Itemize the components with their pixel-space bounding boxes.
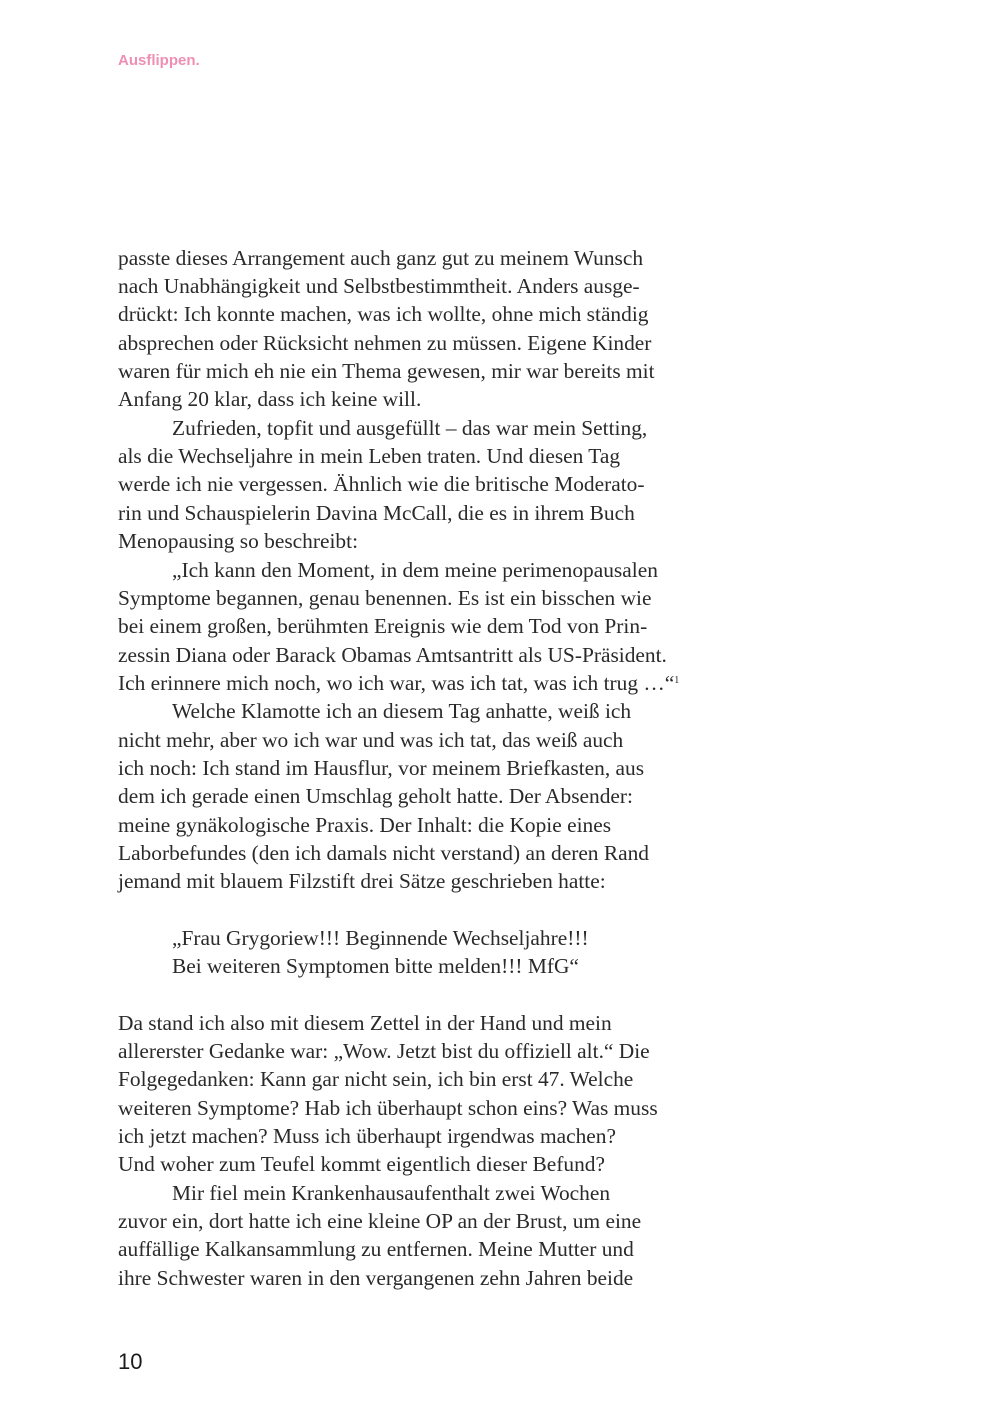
- text-line: meine gynäkologische Praxis. Der Inhalt:…: [118, 811, 611, 839]
- text-line-content: bei einem großen, berühmten Ereignis wie…: [118, 614, 647, 638]
- text-line-content: ich jetzt machen? Muss ich überhaupt irg…: [118, 1124, 616, 1148]
- text-line: werde ich nie vergessen. Ähnlich wie die…: [118, 470, 644, 498]
- text-line-content: ihre Schwester waren in den vergangenen …: [118, 1266, 633, 1290]
- text-line: ich jetzt machen? Muss ich überhaupt irg…: [118, 1122, 616, 1150]
- text-line-content: auffällige Kalkansammlung zu entfernen. …: [118, 1237, 634, 1261]
- text-line: „Frau Grygoriew!!! Beginnende Wechseljah…: [172, 924, 589, 952]
- text-line: nicht mehr, aber wo ich war und was ich …: [118, 726, 623, 754]
- text-line-content: zessin Diana oder Barack Obamas Amtsantr…: [118, 643, 667, 667]
- text-line: dem ich gerade einen Umschlag geholt hat…: [118, 782, 633, 810]
- text-line-content: Bei weiteren Symptomen bitte melden!!! M…: [172, 954, 579, 978]
- text-line-content: nach Unabhängigkeit und Selbstbestimmthe…: [118, 274, 640, 298]
- text-line-content: Zufrieden, topfit und ausgefüllt – das w…: [172, 416, 647, 440]
- text-line: Bei weiteren Symptomen bitte melden!!! M…: [172, 952, 579, 980]
- text-line-content: drückt: Ich konnte machen, was ich wollt…: [118, 302, 648, 326]
- text-line-content: nicht mehr, aber wo ich war und was ich …: [118, 728, 623, 752]
- text-line-content: Ich erinnere mich noch, wo ich war, was …: [118, 671, 674, 695]
- text-line: drückt: Ich konnte machen, was ich wollt…: [118, 300, 648, 328]
- text-line: Laborbefundes (den ich damals nicht vers…: [118, 839, 649, 867]
- text-line: Welche Klamotte ich an diesem Tag anhatt…: [172, 697, 631, 725]
- text-line: zuvor ein, dort hatte ich eine kleine OP…: [118, 1207, 641, 1235]
- text-line: nach Unabhängigkeit und Selbstbestimmthe…: [118, 272, 640, 300]
- text-line: zessin Diana oder Barack Obamas Amtsantr…: [118, 641, 667, 669]
- text-line-content: passte dieses Arrangement auch ganz gut …: [118, 246, 643, 270]
- text-line-content: ich noch: Ich stand im Hausflur, vor mei…: [118, 756, 644, 780]
- text-line-content: jemand mit blauem Filzstift drei Sätze g…: [118, 869, 606, 893]
- text-line-content: „Frau Grygoriew!!! Beginnende Wechseljah…: [172, 926, 589, 950]
- text-line: Zufrieden, topfit und ausgefüllt – das w…: [172, 414, 647, 442]
- text-line-content: meine gynäkologische Praxis. Der Inhalt:…: [118, 813, 611, 837]
- text-line-content: waren für mich eh nie ein Thema gewesen,…: [118, 359, 655, 383]
- text-line-content: rin und Schauspielerin Davina McCall, di…: [118, 501, 635, 525]
- text-line-content: Menopausing so beschreibt:: [118, 529, 358, 553]
- text-line: Ich erinnere mich noch, wo ich war, was …: [118, 669, 679, 697]
- text-line: rin und Schauspielerin Davina McCall, di…: [118, 499, 635, 527]
- text-line: Anfang 20 klar, dass ich keine will.: [118, 385, 421, 413]
- text-line: Da stand ich also mit diesem Zettel in d…: [118, 1009, 612, 1037]
- text-line: waren für mich eh nie ein Thema gewesen,…: [118, 357, 655, 385]
- text-line-content: Symptome begannen, genau benennen. Es is…: [118, 586, 651, 610]
- text-line-content: Mir fiel mein Krankenhausaufenthalt zwei…: [172, 1181, 610, 1205]
- text-line: passte dieses Arrangement auch ganz gut …: [118, 244, 643, 272]
- text-line-content: Anfang 20 klar, dass ich keine will.: [118, 387, 421, 411]
- text-line: „Ich kann den Moment, in dem meine perim…: [172, 556, 658, 584]
- text-line-content: Und woher zum Teufel kommt eigentlich di…: [118, 1152, 605, 1176]
- text-line-content: dem ich gerade einen Umschlag geholt hat…: [118, 784, 633, 808]
- text-line: Folgegedanken: Kann gar nicht sein, ich …: [118, 1065, 633, 1093]
- running-header-title: Ausflippen.: [118, 52, 200, 69]
- text-line: Symptome begannen, genau benennen. Es is…: [118, 584, 651, 612]
- text-line: bei einem großen, berühmten Ereignis wie…: [118, 612, 647, 640]
- footnote-marker: 1: [674, 675, 679, 686]
- text-line-content: absprechen oder Rücksicht nehmen zu müss…: [118, 331, 651, 355]
- text-line: weiteren Symptome? Hab ich überhaupt sch…: [118, 1094, 658, 1122]
- page-number: 10: [118, 1349, 142, 1375]
- text-line: Menopausing so beschreibt:: [118, 527, 358, 555]
- text-line-content: Da stand ich also mit diesem Zettel in d…: [118, 1011, 612, 1035]
- text-line: ihre Schwester waren in den vergangenen …: [118, 1264, 633, 1292]
- text-line: auffällige Kalkansammlung zu entfernen. …: [118, 1235, 634, 1263]
- text-line-content: werde ich nie vergessen. Ähnlich wie die…: [118, 472, 644, 496]
- text-line-content: Folgegedanken: Kann gar nicht sein, ich …: [118, 1067, 633, 1091]
- text-line-content: „Ich kann den Moment, in dem meine perim…: [172, 558, 658, 582]
- text-line-content: Laborbefundes (den ich damals nicht vers…: [118, 841, 649, 865]
- text-line-content: weiteren Symptome? Hab ich überhaupt sch…: [118, 1096, 658, 1120]
- text-line-content: allererster Gedanke war: „Wow. Jetzt bis…: [118, 1039, 650, 1063]
- text-line: allererster Gedanke war: „Wow. Jetzt bis…: [118, 1037, 650, 1065]
- text-line: absprechen oder Rücksicht nehmen zu müss…: [118, 329, 651, 357]
- text-line-content: Welche Klamotte ich an diesem Tag anhatt…: [172, 699, 631, 723]
- text-line: Mir fiel mein Krankenhausaufenthalt zwei…: [172, 1179, 610, 1207]
- text-line: Und woher zum Teufel kommt eigentlich di…: [118, 1150, 605, 1178]
- text-line: ich noch: Ich stand im Hausflur, vor mei…: [118, 754, 644, 782]
- text-line: als die Wechseljahre in mein Leben trate…: [118, 442, 620, 470]
- text-line: jemand mit blauem Filzstift drei Sätze g…: [118, 867, 606, 895]
- text-line-content: zuvor ein, dort hatte ich eine kleine OP…: [118, 1209, 641, 1233]
- text-line-content: als die Wechseljahre in mein Leben trate…: [118, 444, 620, 468]
